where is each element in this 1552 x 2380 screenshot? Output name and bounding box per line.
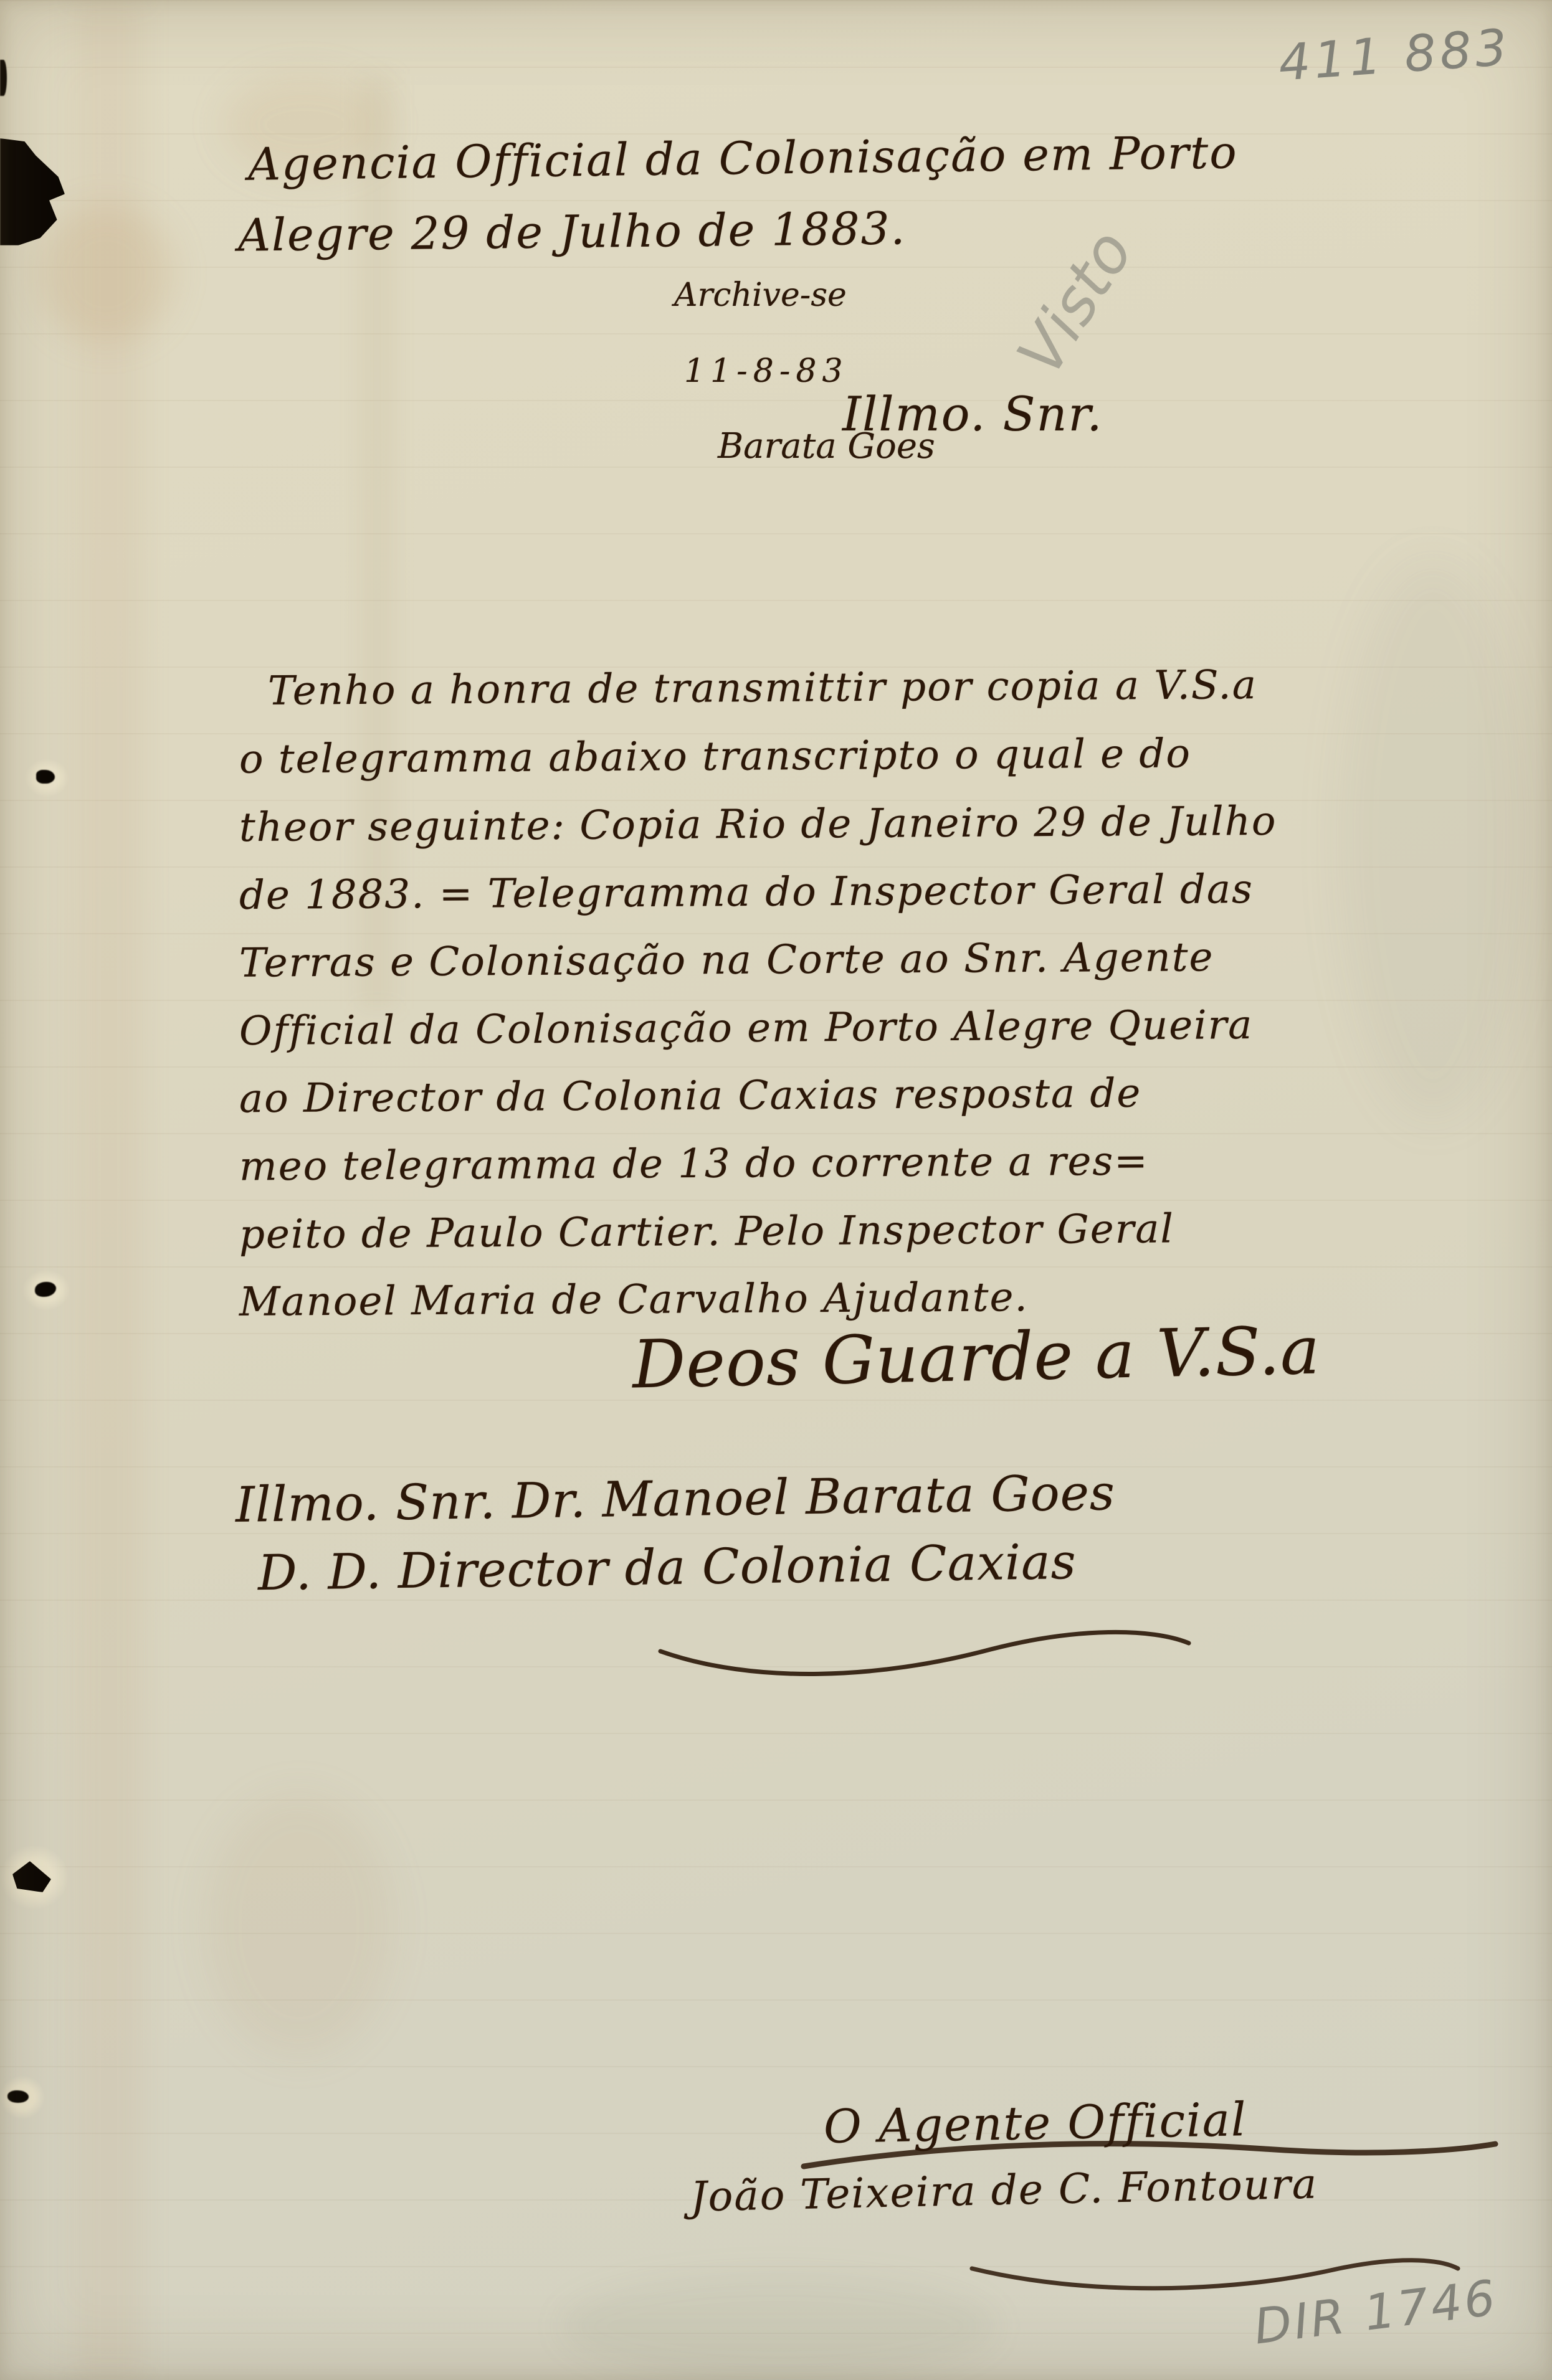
letter-scan: 411 883 Visto DIR 1746 Agencia Official … — [0, 0, 1552, 2380]
edge-vignette — [0, 0, 1552, 2380]
